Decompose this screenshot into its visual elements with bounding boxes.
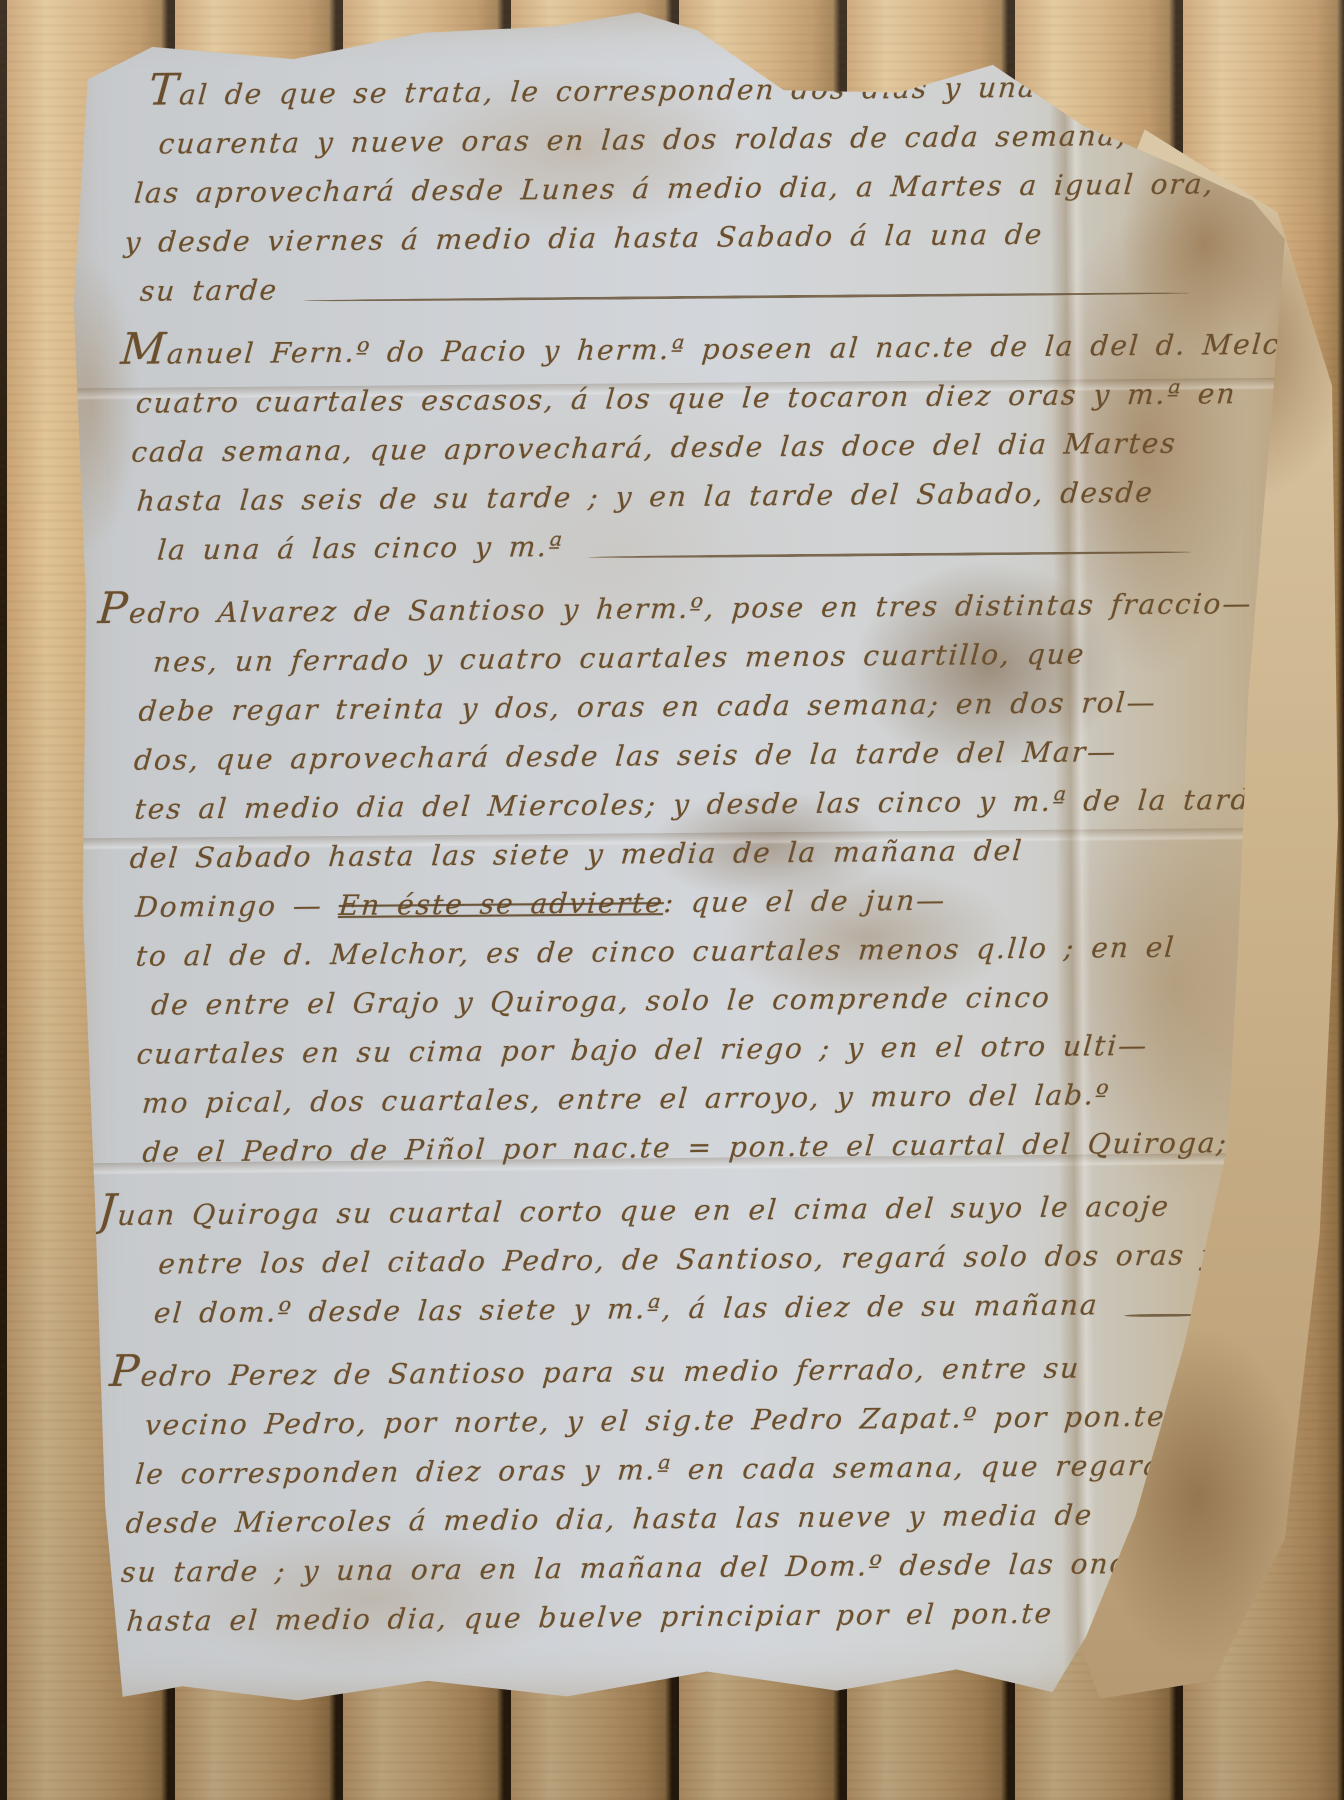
manuscript-line-text: hasta el medio dia, que buelve principia… [125,1597,1054,1638]
manuscript-line-text: Domingo — En éste se advierte: que el de… [134,884,947,924]
manuscript-line-text: cuartales en su cima por bajo del riego … [135,1029,1149,1071]
manuscript-page: Tal de que se trata, le corresponden dos… [63,7,1303,1703]
manuscript-line-text: cuatro cuartales escasos, á los que le t… [135,377,1238,420]
manuscript-line-text: cada semana, que aprovechará, desde las … [130,427,1178,469]
manuscript-line-text: cuarenta y nueve oras en las dos roldas … [157,118,1203,160]
manuscript-line-text: debe regar treinta y dos, oras en cada s… [137,686,1158,728]
manuscript-line-text: del Sabado hasta las siete y media de la… [129,834,1025,875]
manuscript-line-text: de entre el Grajo y Quiroga, solo le com… [150,981,1052,1022]
manuscript-line-text: Juan Quiroga su cuartal corto que en el … [97,1190,1172,1232]
photo-of-manuscript: { "colors": { "ink": "#6b4f2c", "paper":… [0,0,1344,1800]
manuscript-line-text: dos, que aprovechará desde las seis de l… [133,735,1119,777]
manuscript-line-text: entre los del citado Pedro, de Santioso,… [157,1238,1291,1281]
manuscript-line-text: el dom.º desde las siete y m.ª, á las di… [152,1280,1101,1337]
manuscript-line: su tarde [138,257,1252,316]
manuscript-line-text: desde Miercoles á medio dia, hasta las n… [125,1498,1095,1539]
manuscript-line: el dom.º desde las siete y m.ª, á las di… [152,1279,1261,1338]
manuscript-line-text: de el Pedro de Piñol por nac.te = pon.te… [141,1125,1344,1169]
manuscript-line-text: nes, un ferrado y cuatro cuartales menos… [152,637,1087,678]
manuscript-line-text: las aprovechará desde Lunes á medio dia,… [133,167,1216,209]
manuscript-line-text: le corresponden diez oras y m.ª en cada … [134,1449,1163,1491]
manuscript-line-text: hasta las seis de su tarde ; y en la tar… [136,476,1156,518]
manuscript-line-text: su tarde [138,265,280,315]
manuscript-line-text: y desde viernes á medio dia hasta Sabado… [123,218,1044,259]
manuscript-line-text: Pedro Perez de Santioso para su medio fe… [108,1352,1081,1393]
manuscript-line-text: tes al medio dia del Miercoles; y desde … [133,783,1270,826]
manuscript-line-text: to al de d. Melchor, es de cinco cuartal… [135,931,1177,973]
manuscript-text: Tal de que se trata, le corresponden dos… [108,47,1262,1646]
manuscript-line: de el Pedro de Piñol por nac.te = pon.te… [141,1118,1260,1177]
manuscript-line-text: Pedro Alvarez de Santioso y herm.º, pose… [97,587,1254,630]
manuscript-line-text: la una á las cinco y m.ª [155,522,565,575]
manuscript-line: la una á las cinco y m.ª [155,516,1254,575]
manuscript-line-text: Manuel Fern.º do Pacio y herm.ª poseen a… [119,327,1336,371]
manuscript-line-text: mo pical, dos cuartales, entre el arroyo… [141,1078,1112,1119]
manuscript-line-text: su tarde ; y una ora en la mañana del Do… [120,1547,1147,1589]
